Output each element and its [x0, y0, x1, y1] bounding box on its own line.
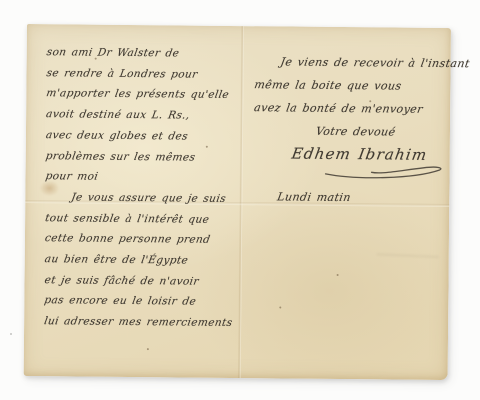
handwriting-line: Je vous assure que je suis [44, 187, 257, 210]
handwriting-line: cette bonne personne prend [43, 229, 256, 252]
faint-pencil-smudge [377, 249, 439, 262]
handwriting-line: tout sensible à l'intérêt que [43, 208, 256, 231]
paper-speck [279, 306, 281, 308]
letter-photograph: son ami Dr Walster de se rendre à Londre… [0, 0, 480, 400]
handwriting-line: pas encore eu le loisir de [43, 291, 256, 314]
signature: Edhem Ibrahim [290, 143, 466, 168]
handwriting-line: même la boite que vous [252, 73, 466, 98]
handwriting-line: m'apporter les présents qu'elle [45, 84, 258, 107]
paper-speck [147, 348, 149, 350]
handwriting-line: au bien être de l'Égypte [43, 249, 256, 272]
handwriting-line: pour moi [44, 166, 257, 189]
dateline: Lundi matin [275, 185, 465, 210]
background-speck [10, 333, 12, 335]
handwriting-line: Je viens de recevoir à l'instant [253, 50, 467, 75]
letter-page-left: son ami Dr Walster de se rendre à Londre… [44, 42, 257, 334]
handwriting-line: avoit destiné aux L. Rs., [44, 104, 257, 127]
handwriting-line: avez la bonté de m'envoyer [252, 96, 466, 121]
letter-page-right: Je viens de recevoir à l'instant même la… [253, 50, 465, 210]
paper-speck [337, 274, 339, 276]
handwriting-line: et je suis fâché de n'avoir [43, 270, 256, 293]
handwriting-line: son ami Dr Walster de [45, 42, 258, 65]
closing-valediction: Votre devoué [314, 120, 466, 144]
handwriting-line: problèmes sur les mêmes [44, 146, 257, 169]
handwriting-line: avec deux globes et des [44, 125, 257, 148]
handwriting-line: se rendre à Londres pour [45, 63, 258, 86]
handwriting-line: lui adresser mes remerciements [42, 311, 255, 334]
letter-paper: son ami Dr Walster de se rendre à Londre… [24, 24, 451, 380]
